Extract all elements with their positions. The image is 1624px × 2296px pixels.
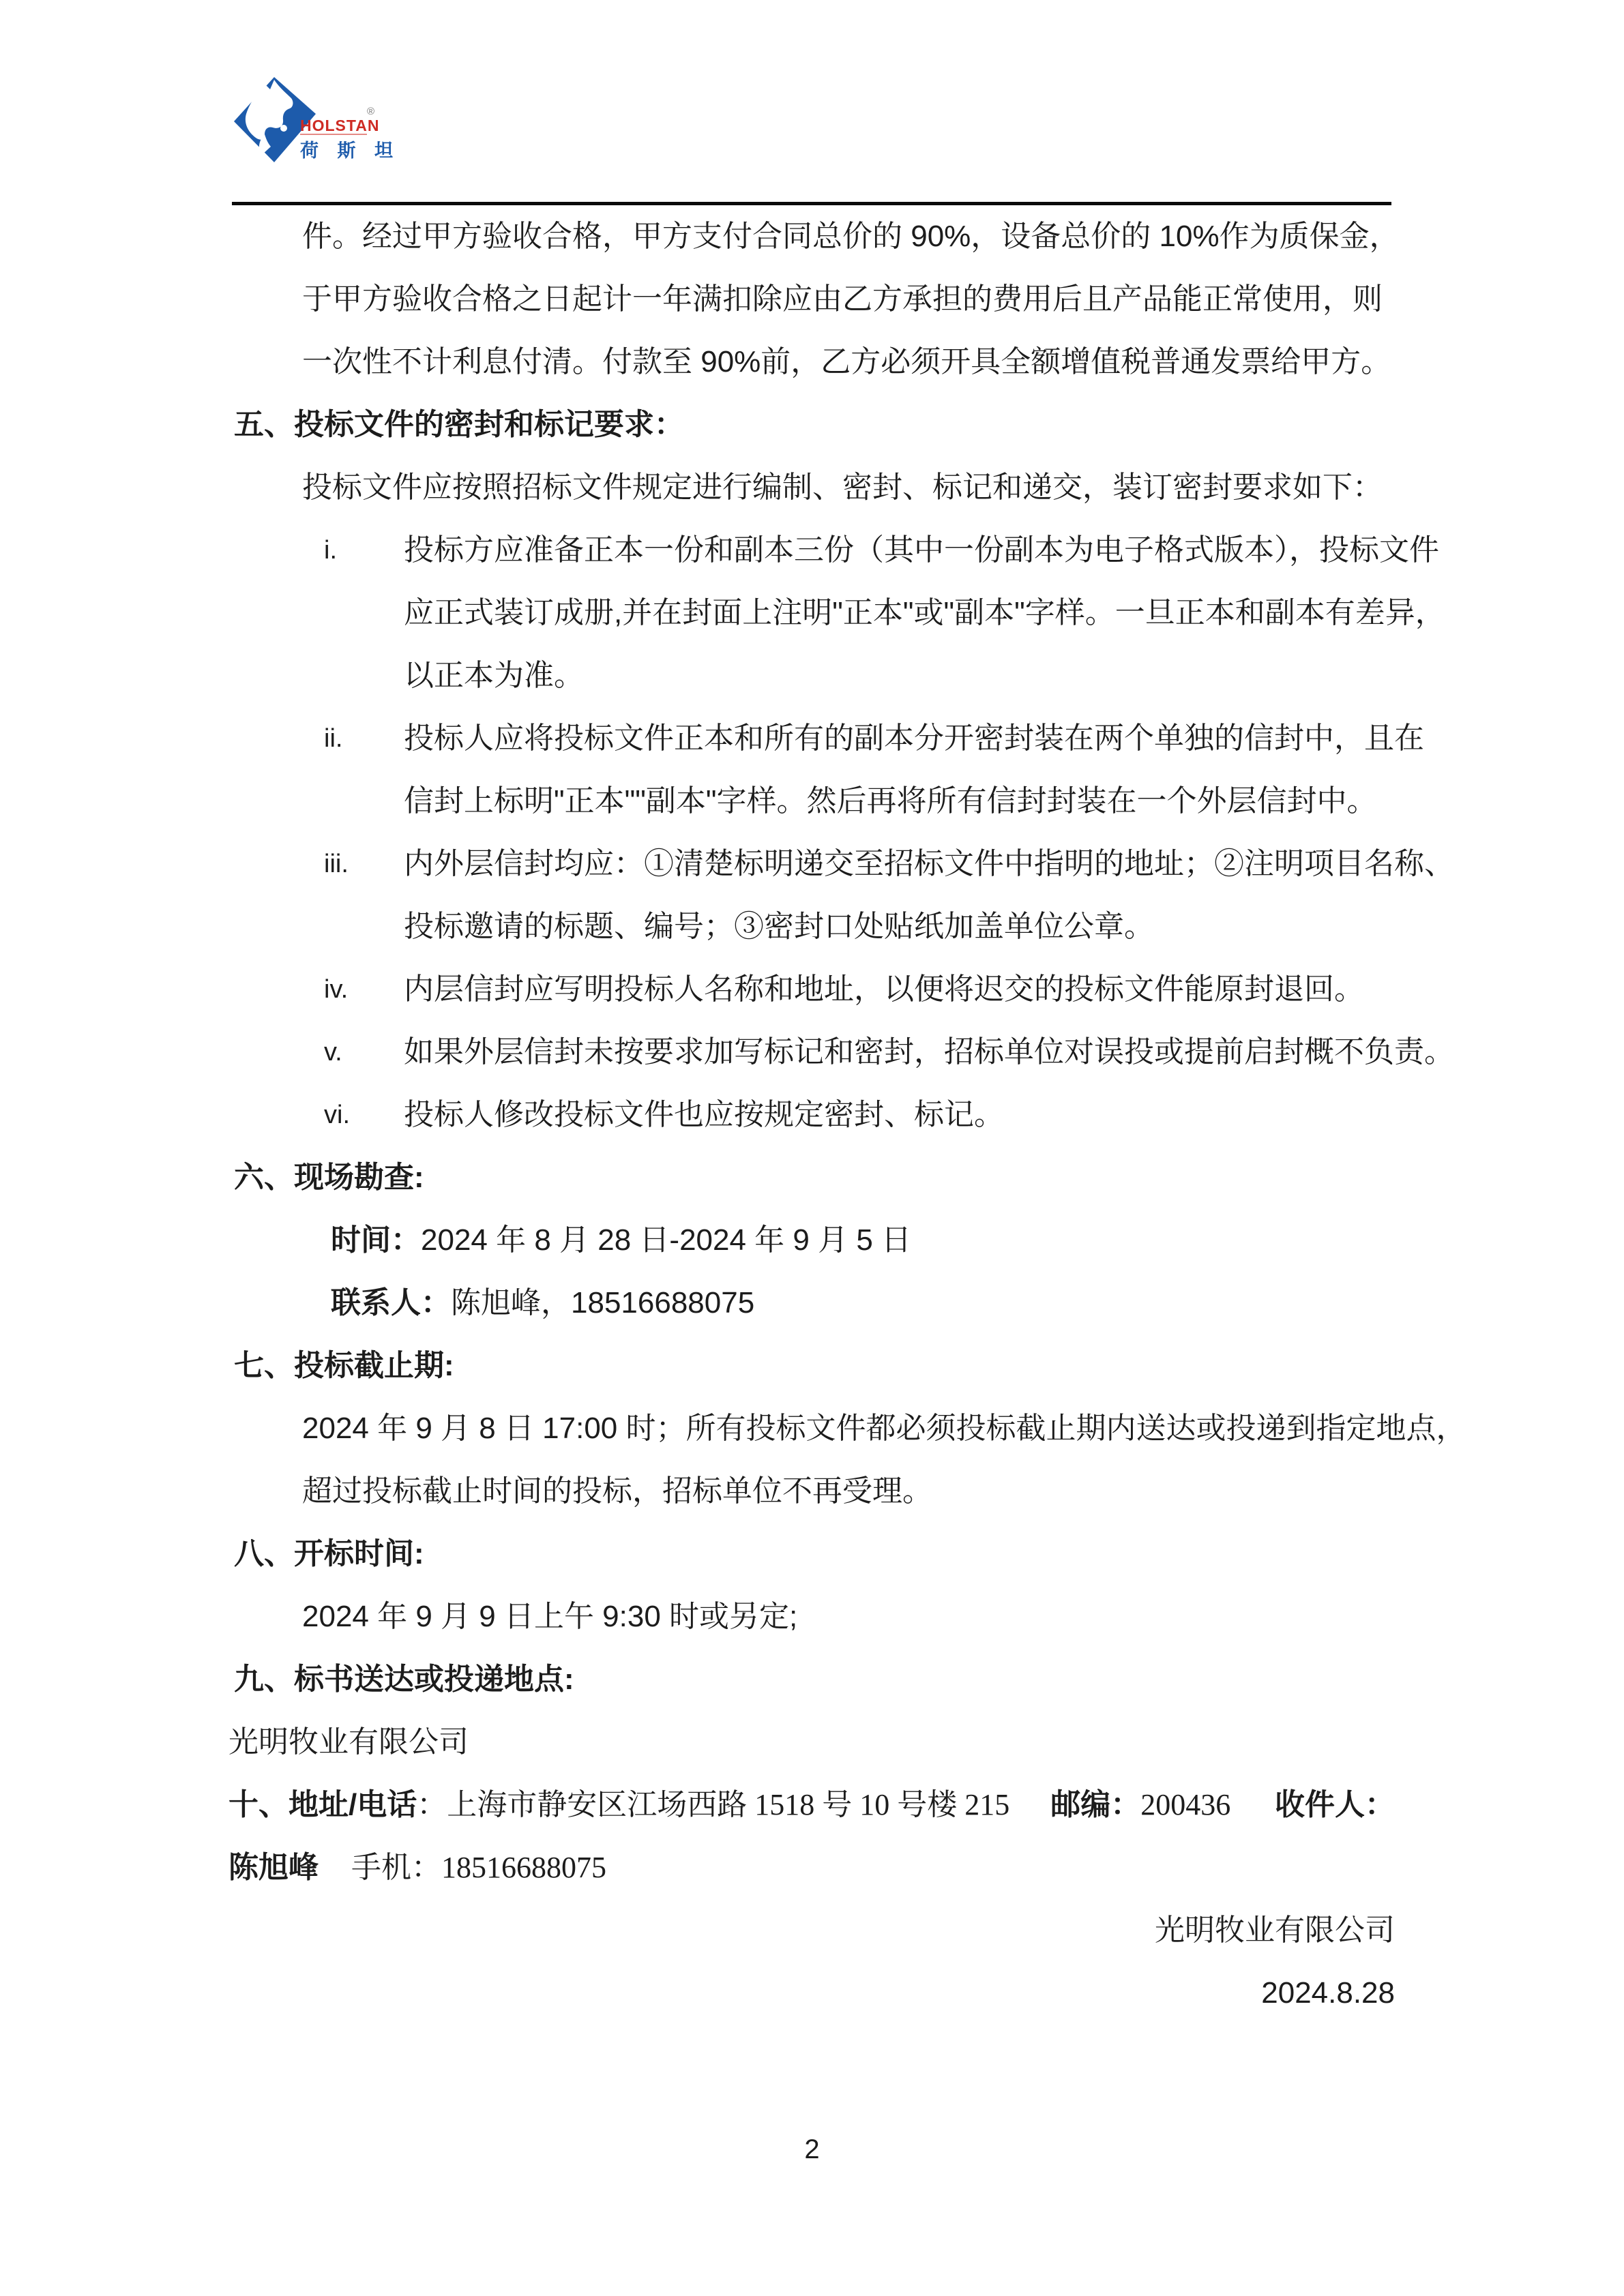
brand-underline — [300, 134, 367, 135]
text-segment: 于甲方验收合格之日起计一年满扣除应由乙方承担的费用后且产品能正常使用，则 — [302, 284, 1383, 314]
text-segment: 邮编： — [1050, 1790, 1140, 1820]
text-line: 2024 年 9 月 9 日上午 9:30 时或另定; — [228, 1585, 1395, 1648]
text-line: 光明牧业有限公司 — [228, 1711, 1395, 1774]
text-segment: 六、现场勘查: — [234, 1163, 424, 1193]
list-marker: ii. — [324, 726, 342, 751]
text-segment: 投标人应将投标文件正本和所有的副本分开密封装在两个单独的信封中，且在 — [404, 724, 1424, 754]
text-segment: 2024 年 8 月 28 日-2024 年 9 月 5 日 — [421, 1225, 911, 1255]
text-segment: 收件人： — [1275, 1790, 1395, 1820]
text-segment: 应正式装订成册,并在封面上注明"正本"或"副本"字样。一旦正本和副本有差异， — [404, 598, 1445, 628]
text-line: 陈旭峰手机：18516688075 — [228, 1836, 1395, 1899]
text-segment: 18516688075 — [441, 1853, 606, 1883]
text-line: 投标文件应按照招标文件规定进行编制、密封、标记和递交，装订密封要求如下： — [228, 456, 1395, 519]
text-line: 2024.8.28 — [228, 1962, 1395, 2025]
text-line: i.投标方应准备正本一份和副本三份（其中一份副本为电子格式版本），投标文件 — [228, 519, 1395, 582]
text-segment: 一次性不计利息付清。付款至 90%前，乙方必须开具全额增值税普通发票给甲方。 — [302, 347, 1391, 377]
text-segment: 以正本为准。 — [404, 661, 584, 691]
brand-logo: HOLSTAN ® 荷 斯 坦 — [225, 65, 389, 181]
text-segment: ：上海市静安区江场西路 1518 号 10 号楼 215 — [417, 1790, 1009, 1820]
text-line: 光明牧业有限公司 — [228, 1899, 1395, 1962]
text-segment: 时间： — [331, 1225, 421, 1255]
page: { "logo": { "brand": "HOLSTAN", "brand_z… — [0, 0, 1624, 2296]
brand-name: HOLSTAN — [300, 117, 379, 135]
text-line: 以正本为准。 — [228, 644, 1395, 707]
text-segment: 十、地址/电话 — [228, 1790, 417, 1820]
text-line: vi.投标人修改投标文件也应按规定密封、标记。 — [228, 1084, 1395, 1146]
text-line: 超过投标截止时间的投标，招标单位不再受理。 — [228, 1460, 1395, 1523]
text-segment: 件。经过甲方验收合格，甲方支付合同总价的 90%，设备总价的 10%作为质保金， — [302, 222, 1400, 252]
brand-name-zh: 荷 斯 坦 — [300, 136, 400, 162]
text-line: 十、地址/电话：上海市静安区江场西路 1518 号 10 号楼 215邮编：20… — [228, 1774, 1395, 1836]
text-line: v.如果外层信封未按要求加写标记和密封，招标单位对误投或提前启封概不负责。 — [228, 1021, 1395, 1084]
text-segment: 七、投标截止期: — [234, 1351, 454, 1381]
text-line: 于甲方验收合格之日起计一年满扣除应由乙方承担的费用后且产品能正常使用，则 — [228, 268, 1395, 331]
registered-mark-icon: ® — [367, 106, 374, 117]
text-segment: 联系人： — [331, 1288, 451, 1318]
list-marker: i. — [324, 537, 337, 563]
text-line: iv.内层信封应写明投标人名称和地址，以便将迟交的投标文件能原封退回。 — [228, 958, 1395, 1021]
text-segment: 投标邀请的标题、编号；③密封口处贴纸加盖单位公章。 — [404, 912, 1154, 942]
text-line: 一次性不计利息付清。付款至 90%前，乙方必须开具全额增值税普通发票给甲方。 — [228, 331, 1395, 393]
section-heading: 七、投标截止期: — [228, 1335, 1395, 1397]
text-line: 件。经过甲方验收合格，甲方支付合同总价的 90%，设备总价的 10%作为质保金， — [228, 205, 1395, 268]
text-segment: 九、标书送达或投递地点: — [234, 1665, 574, 1695]
text-segment: 陈旭峰 — [228, 1853, 319, 1883]
text-segment: 如果外层信封未按要求加写标记和密封，招标单位对误投或提前启封概不负责。 — [404, 1037, 1454, 1067]
text-segment: 超过投标截止时间的投标，招标单位不再受理。 — [302, 1476, 932, 1506]
text-segment: 光明牧业有限公司 — [228, 1727, 469, 1757]
text-line: 信封上标明"正本""副本"字样。然后再将所有信封封装在一个外层信封中。 — [228, 770, 1395, 833]
section-heading: 六、现场勘查: — [228, 1146, 1395, 1209]
text-segment: 手机： — [351, 1853, 441, 1883]
text-line: 2024 年 9 月 8 日 17:00 时；所有投标文件都必须投标截止期内送达… — [228, 1397, 1395, 1460]
list-marker: v. — [324, 1039, 342, 1065]
text-line: ii.投标人应将投标文件正本和所有的副本分开密封装在两个单独的信封中，且在 — [228, 707, 1395, 770]
text-segment: 陈旭峰，18516688075 — [451, 1288, 754, 1318]
section-heading: 五、投标文件的密封和标记要求： — [228, 393, 1395, 456]
document-body: 件。经过甲方验收合格，甲方支付合同总价的 90%，设备总价的 10%作为质保金，… — [228, 205, 1395, 2025]
text-line: 投标邀请的标题、编号；③密封口处贴纸加盖单位公章。 — [228, 895, 1395, 958]
text-segment: 200436 — [1140, 1790, 1230, 1820]
text-segment: 信封上标明"正本""副本"字样。然后再将所有信封封装在一个外层信封中。 — [404, 786, 1376, 816]
section-heading: 九、标书送达或投递地点: — [228, 1648, 1395, 1711]
text-line: iii.内外层信封均应：①清楚标明递交至招标文件中指明的地址；②注明项目名称、 — [228, 833, 1395, 895]
text-segment: 投标文件应按照招标文件规定进行编制、密封、标记和递交，装订密封要求如下： — [302, 473, 1383, 503]
text-segment: 内外层信封均应：①清楚标明递交至招标文件中指明的地址；②注明项目名称、 — [404, 849, 1454, 879]
text-segment: 光明牧业有限公司 — [1155, 1915, 1395, 1945]
list-marker: iv. — [324, 976, 348, 1002]
text-line: 时间：2024 年 8 月 28 日-2024 年 9 月 5 日 — [228, 1209, 1395, 1272]
text-segment: 八、开标时间: — [234, 1539, 424, 1569]
text-segment: 投标方应准备正本一份和副本三份（其中一份副本为电子格式版本），投标文件 — [404, 535, 1439, 565]
text-line: 应正式装订成册,并在封面上注明"正本"或"副本"字样。一旦正本和副本有差异， — [228, 582, 1395, 644]
text-line: 联系人：陈旭峰，18516688075 — [228, 1272, 1395, 1335]
text-segment: 2024 年 9 月 9 日上午 9:30 时或另定; — [302, 1602, 797, 1632]
text-segment: 投标人修改投标文件也应按规定密封、标记。 — [404, 1100, 1004, 1130]
section-heading: 八、开标时间: — [228, 1523, 1395, 1585]
text-segment: 五、投标文件的密封和标记要求： — [234, 410, 684, 440]
page-number: 2 — [0, 2118, 1624, 2181]
text-segment: 2024 年 9 月 8 日 17:00 时；所有投标文件都必须投标截止期内送达… — [302, 1414, 1466, 1444]
text-segment: 2024.8.28 — [1261, 1978, 1395, 2008]
list-marker: vi. — [324, 1102, 350, 1128]
list-marker: iii. — [324, 851, 349, 877]
text-segment: 内层信封应写明投标人名称和地址，以便将迟交的投标文件能原封退回。 — [404, 974, 1364, 1004]
